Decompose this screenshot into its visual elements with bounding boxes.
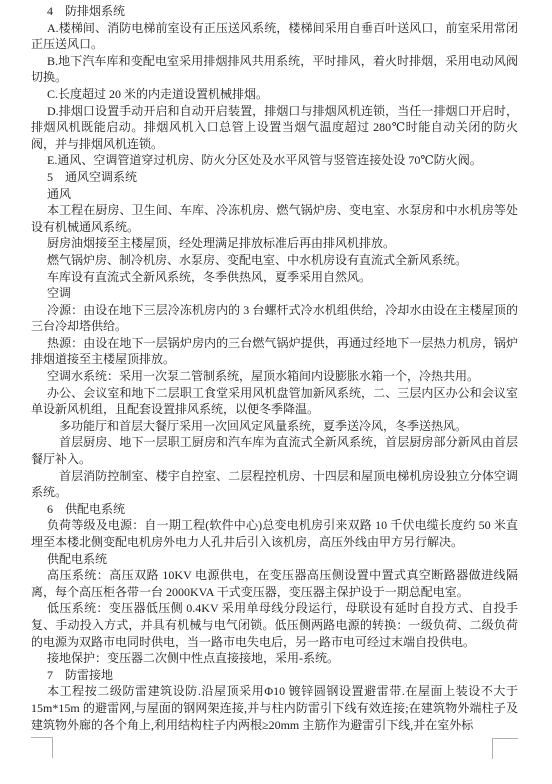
section-heading-hvac: 5 通风空调系统 (31, 169, 518, 186)
paragraph: 办公、会议室和地下二层职工食堂采用风机盘管加新风系统，二、三层内区办公和会议室单… (31, 385, 518, 418)
section-heading-power-supply: 6 供配电系统 (31, 501, 518, 518)
text-boundary-mark-bottom-right (492, 738, 518, 759)
page-text-body: 4 防排烟系统 A.楼梯间、消防电梯前室设有正压送风系统，楼梯间采用自垂百叶送风… (31, 3, 518, 733)
section-heading-smoke-control: 4 防排烟系统 (31, 3, 518, 20)
paragraph: E.通风、空调管道穿过机房、防火分区处及水平风管与竖管连接处设 70℃防火阀。 (31, 152, 518, 169)
paragraph: 本工程在厨房、卫生间、车库、冷冻机房、燃气锅炉房、变电室、水泵房和中水机房等处设… (31, 202, 518, 235)
paragraph: 冷源：由设在地下三层冷冻机房内的 3 台螺杆式冷水机组供给，冷却水由设在主楼屋顶… (31, 302, 518, 335)
document-page: 4 防排烟系统 A.楼梯间、消防电梯前室设有正压送风系统，楼梯间采用自垂百叶送风… (0, 0, 552, 784)
paragraph: 高压系统：高压双路 10KV 电源供电，在变压器高压侧设置中置式真空断路器做进线… (31, 567, 518, 600)
paragraph: 低压系统：变压器低压侧 0.4KV 采用单母线分段运行，母联设有延时自投方式、自… (31, 600, 518, 650)
subheading-power-distribution: 供配电系统 (31, 551, 518, 568)
paragraph: 本工程按二级防雷建筑设防.沿屋顶采用Φ10 镀锌圆钢设置避雷带.在屋面上装设不大… (31, 683, 518, 733)
paragraph: B.地下汽车库和变配电室采用排烟排风共用系统，平时排风，着火时排烟，采用电动风阀… (31, 53, 518, 86)
paragraph: 接地保护：变压器二次侧中性点直接接地，采用-系统。 (31, 650, 518, 667)
paragraph: 燃气锅炉房、制冷机房、水泵房、变配电室、中水机房设有直流式全新风系统。 (31, 252, 518, 269)
paragraph: 车库设有直流式全新风系统，冬季供热风，夏季采用自然风。 (31, 269, 518, 286)
subheading-air-conditioning: 空调 (31, 285, 518, 302)
paragraph: 厨房油烟接至主楼屋顶，经处理满足排放标准后再由排风机排放。 (31, 235, 518, 252)
paragraph: 热源：由设在地下一层锅炉房内的三台燃气锅炉提供，再通过经地下一层热力机房，锅炉排… (31, 335, 518, 368)
paragraph: C.长度超过 20 米的内走道设置机械排烟。 (31, 86, 518, 103)
paragraph: 首层消防控制室、楼宇自控室、二层程控机房、十四层和屋顶电梯机房设独立分体空调系统… (31, 468, 518, 501)
paragraph: 首层厨房、地下一层职工厨房和汽车库为直流式全新风系统，首层厨房部分新风由首层餐厅… (31, 434, 518, 467)
text-boundary-mark-bottom-left (31, 737, 53, 758)
paragraph: 空调水系统：采用一次泵二管制系统，屋顶水箱间内设膨胀水箱一个，冷热共用。 (31, 368, 518, 385)
subheading-ventilation: 通风 (31, 186, 518, 203)
paragraph: 负荷等级及电源：自一期工程(软件中心)总变电机房引来双路 10 千伏电缆长度约 … (31, 517, 518, 550)
paragraph: 多功能厅和首层大餐厅采用一次回风定风量系统，夏季送冷风，冬季送热风。 (31, 418, 518, 435)
paragraph: A.楼梯间、消防电梯前室设有正压送风系统，楼梯间采用自垂百叶送风口，前室采用常闭… (31, 20, 518, 53)
section-heading-lightning-grounding: 7 防雷接地 (31, 667, 518, 684)
paragraph: D.排烟口设置手动开启和自动开启装置，排烟口与排烟风机连锁，当任一排烟口开启时，… (31, 103, 518, 153)
